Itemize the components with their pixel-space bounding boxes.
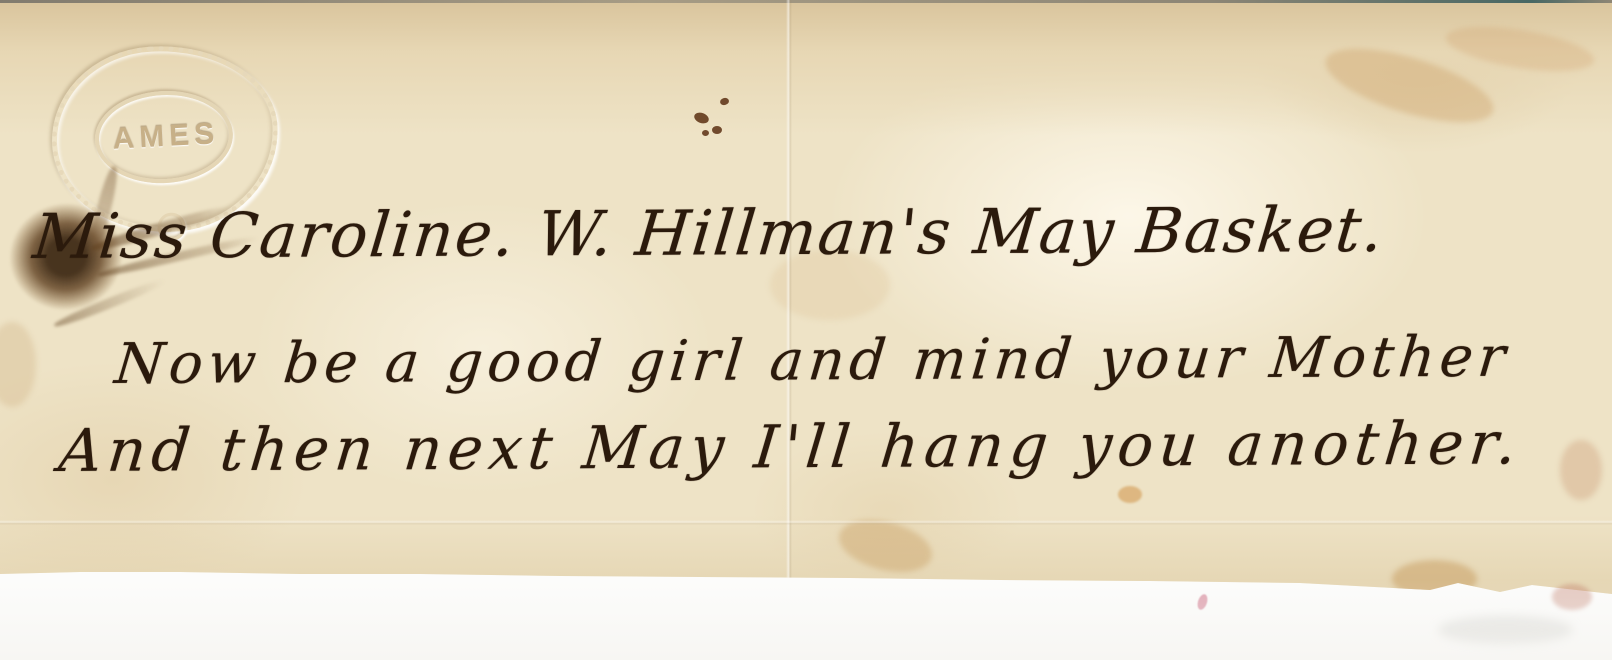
scanner-strip-shadow (1438, 616, 1573, 644)
scanner-strip-mark (1196, 593, 1210, 611)
ink-speck (719, 97, 730, 106)
handwriting-line-3: And then next May I'll hang you another. (56, 408, 1526, 485)
scanner-strip-mark (1552, 584, 1592, 610)
fold-crease-horizontal (0, 520, 1612, 525)
ink-speck (693, 111, 711, 126)
stain (0, 322, 36, 407)
scanned-note-image: AMES Miss Caroline. W. Hillman's May Bas… (0, 0, 1612, 660)
stain (1443, 19, 1597, 80)
ink-speck (712, 126, 722, 134)
seal-text: AMES (112, 117, 220, 157)
ink-speck (702, 130, 709, 136)
handwriting-line-2: Now be a good girl and mind your Mother (112, 325, 1513, 397)
stain (1560, 440, 1602, 500)
scanner-edge-line (0, 0, 1612, 3)
paper-sheet: AMES Miss Caroline. W. Hillman's May Bas… (0, 0, 1612, 600)
handwriting-line-1: Miss Caroline. W. Hillman's May Basket. (30, 193, 1388, 273)
stain (1118, 486, 1142, 503)
stain (1392, 560, 1477, 598)
fold-crease-vertical (786, 0, 792, 578)
